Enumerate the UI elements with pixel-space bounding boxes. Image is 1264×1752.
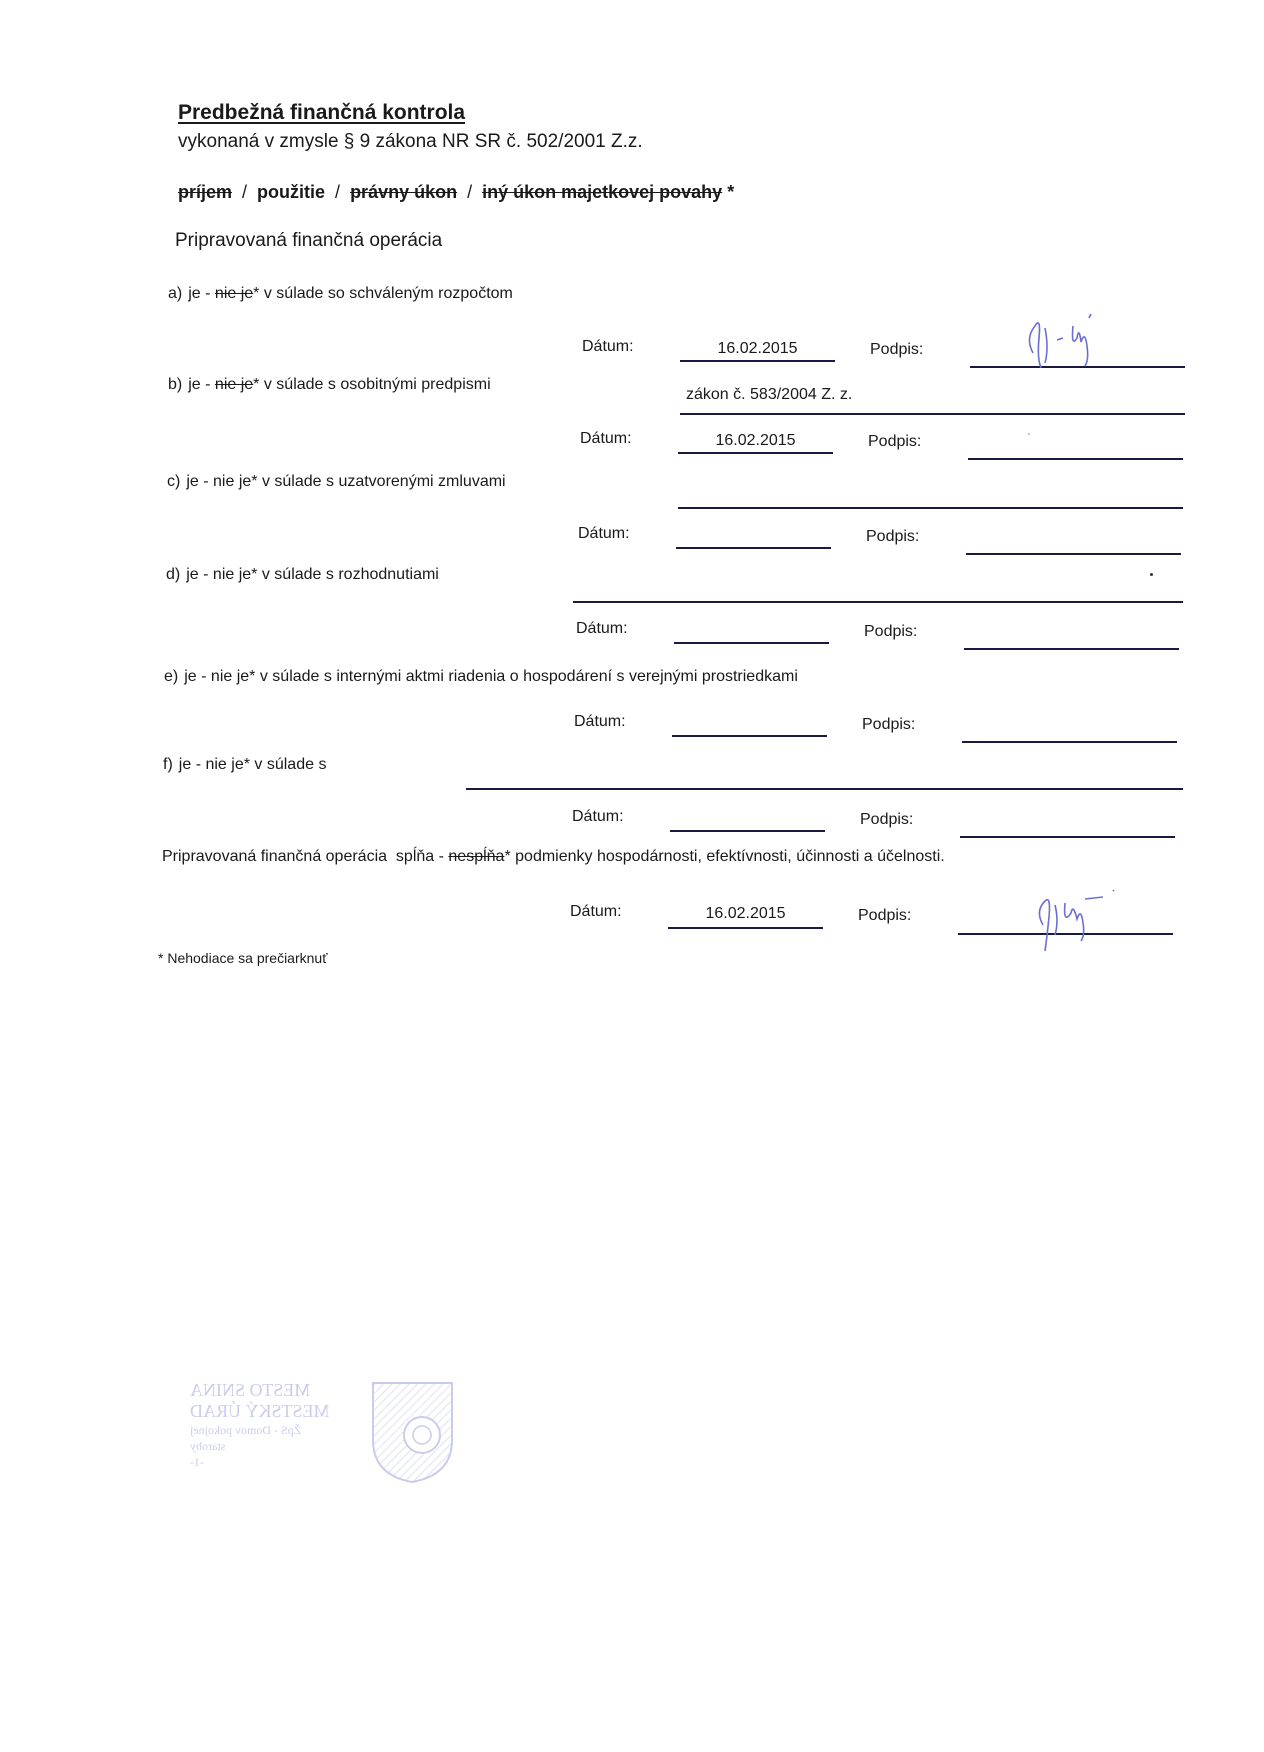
operation-types: príjem/použitie/právny úkon/iný úkon maj… [178, 182, 734, 203]
stray-dot [1150, 573, 1153, 576]
signature-label: Podpis: [862, 716, 915, 734]
item-detail-line [680, 413, 1185, 415]
handwritten-signature-icon [1023, 885, 1133, 955]
date-label: Dátum: [576, 620, 628, 638]
conclusion-date-value: 16.02.2015 [668, 905, 823, 923]
date-label: Dátum: [582, 338, 634, 356]
asterisk: * [727, 182, 734, 202]
document-subtitle: vykonaná v zmysle § 9 zákona NR SR č. 50… [178, 131, 643, 153]
date-line [670, 830, 825, 832]
signature-line [966, 553, 1181, 555]
signature-mark: ' [1028, 432, 1030, 443]
nie-je-option: nie je [213, 566, 251, 583]
conclusion-date-line [668, 927, 823, 929]
item-a: a)je - nie je* v súlade so schváleným ro… [168, 285, 513, 303]
date-value: 16.02.2015 [680, 340, 835, 358]
date-line [676, 547, 831, 549]
item-c: c)je - nie je* v súlade s uzatvorenými z… [167, 473, 506, 491]
date-label: Dátum: [572, 808, 624, 826]
mirrored-stamp: MESTO SNINA MESTSKÝ ÚRAD ŽpS - Domov pok… [190, 1380, 460, 1490]
conclusion-signature-label: Podpis: [858, 907, 911, 925]
signature-label: Podpis: [860, 811, 913, 829]
item-detail-line [466, 788, 1183, 790]
signature-line [960, 836, 1175, 838]
signature-line [968, 458, 1183, 460]
nesplna-struck: nespĺňa [448, 848, 504, 865]
item-d: d)je - nie je* v súlade s rozhodnutiami [166, 566, 439, 584]
date-label: Dátum: [574, 713, 626, 731]
signature-label: Podpis: [870, 341, 923, 359]
conclusion-statement: Pripravovaná finančná operácia spĺňa - n… [162, 848, 945, 866]
footnote: * Nehodiace sa prečiarknuť [158, 950, 327, 966]
coat-of-arms-icon [370, 1380, 455, 1485]
item-detail-line [678, 507, 1183, 509]
signature-label: Podpis: [866, 528, 919, 546]
handwritten-signature-icon [1015, 308, 1125, 368]
date-value: 16.02.2015 [678, 432, 833, 450]
type-iny-ukon: iný úkon majetkovej povahy [482, 182, 722, 202]
date-line [674, 642, 829, 644]
date-label: Dátum: [580, 430, 632, 448]
date-line [672, 735, 827, 737]
type-pouzitie: použitie [257, 182, 325, 202]
item-b: b)je - nie je* v súlade s osobitnými pre… [168, 376, 491, 394]
conclusion-date-label: Dátum: [570, 903, 622, 921]
nie-je-option: nie je [205, 756, 243, 773]
nie-je-option: nie je [211, 668, 249, 685]
item-detail-value: zákon č. 583/2004 Z. z. [686, 386, 852, 404]
date-label: Dátum: [578, 525, 630, 543]
item-f: f)je - nie je* v súlade s [163, 756, 326, 774]
item-detail-line [573, 601, 1183, 603]
nie-je-option: nie je [215, 285, 253, 302]
signature-label: Podpis: [864, 623, 917, 641]
item-e: e)je - nie je* v súlade s internými aktm… [164, 668, 798, 686]
date-line [680, 360, 835, 362]
nie-je-option: nie je [215, 376, 253, 393]
section-heading: Pripravovaná finančná operácia [175, 230, 442, 252]
type-pravny-ukon: právny úkon [350, 182, 457, 202]
signature-label: Podpis: [868, 433, 921, 451]
nie-je-option: nie je [213, 473, 251, 490]
date-line [678, 452, 833, 454]
signature-line [964, 648, 1179, 650]
signature-line [962, 741, 1177, 743]
document-title: Predbežná finančná kontrola [178, 101, 465, 125]
type-prijem: príjem [178, 182, 232, 202]
